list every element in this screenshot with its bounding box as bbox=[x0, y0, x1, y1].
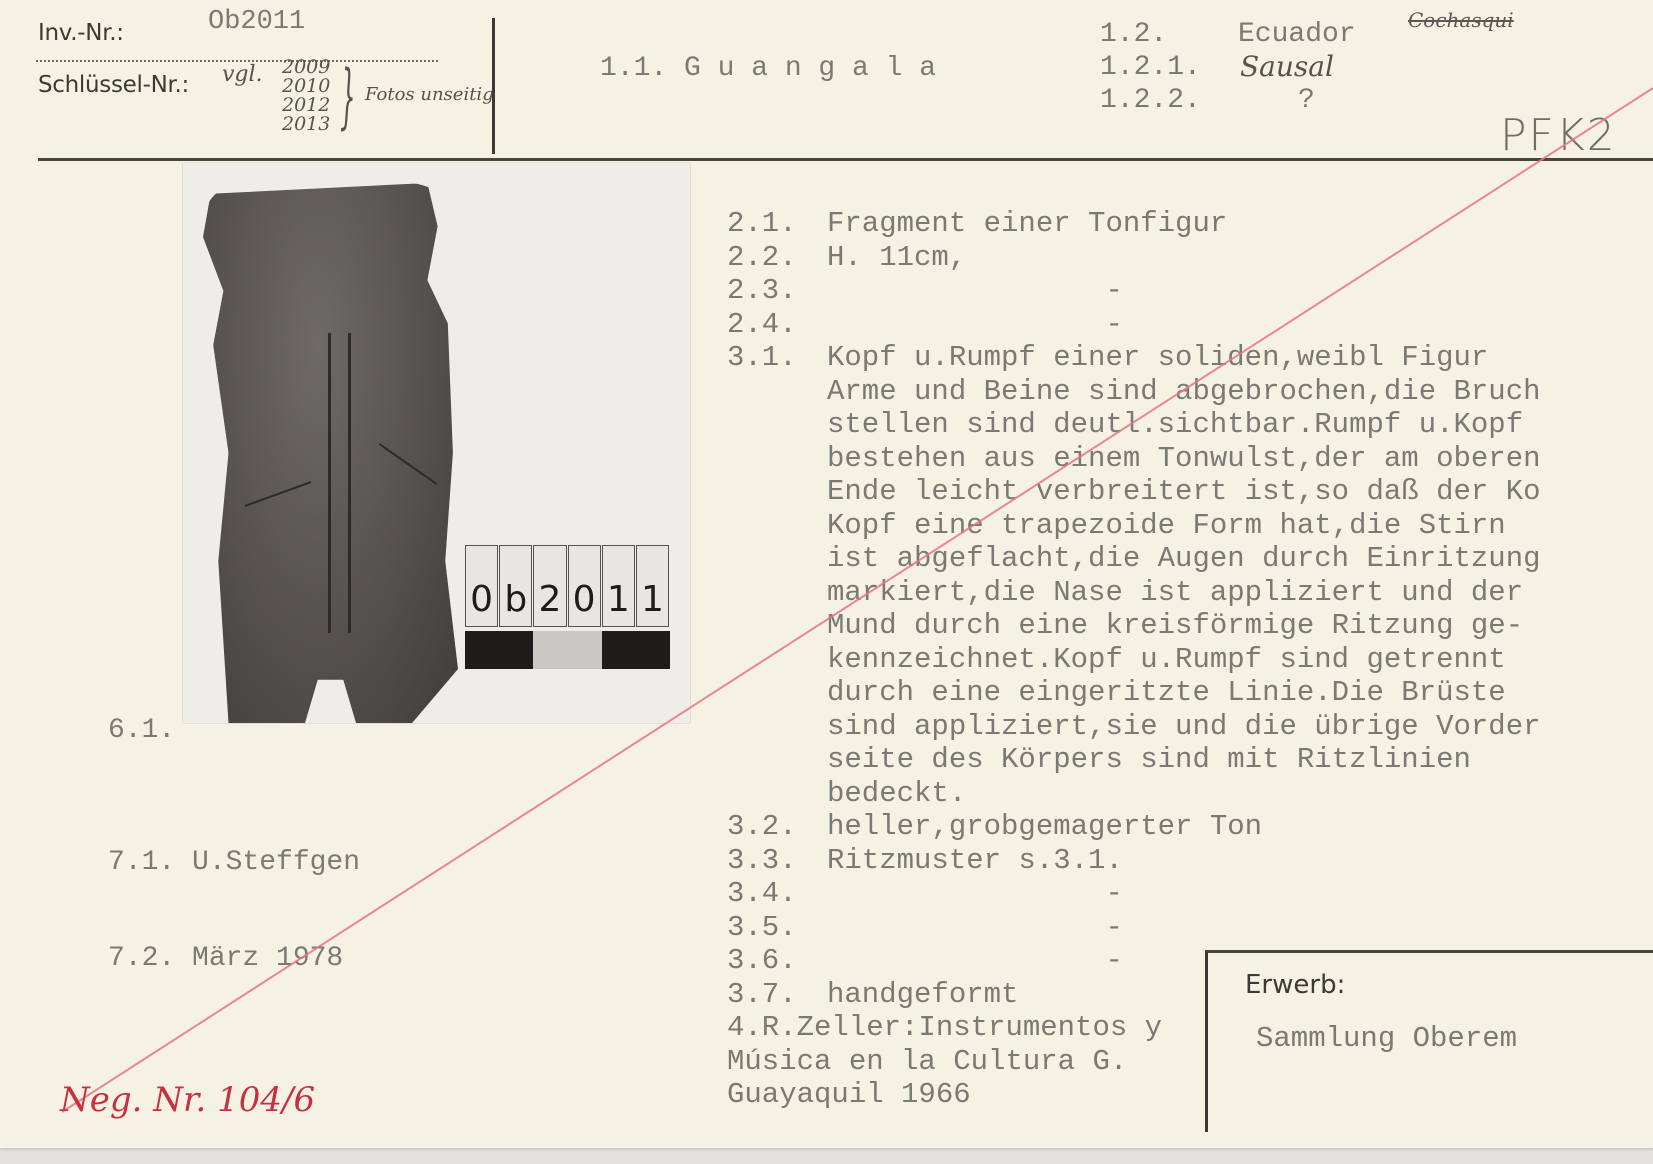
negative-number: Neg. Nr. 104/6 bbox=[60, 1080, 315, 1120]
desc-line: 3.2.heller,grobgemagerter Ton bbox=[727, 810, 1541, 844]
desc-line: bedeckt. bbox=[727, 777, 1541, 811]
inv-label: Inv.-Nr.: bbox=[38, 20, 124, 46]
desc-line: Mund durch eine kreisförmige Ritzung ge- bbox=[727, 609, 1541, 643]
locality-num: 1.2.2. bbox=[1100, 84, 1201, 118]
desc-line: Arme und Beine sind abgebrochen,die Bruc… bbox=[727, 375, 1541, 409]
country-value: Ecuador bbox=[1238, 18, 1356, 52]
desc-line: 2.3. - bbox=[727, 274, 1541, 308]
header-divider bbox=[492, 18, 495, 154]
desc-line: Kopf eine trapezoide Form hat,die Stirn bbox=[727, 509, 1541, 543]
desc-line: 3.3.Ritzmuster s.3.1. bbox=[727, 844, 1541, 878]
desc-line: markiert,die Nase ist appliziert und der bbox=[727, 576, 1541, 610]
culture-field: 1.1. G u a n g a l a bbox=[600, 52, 936, 86]
desc-line: 3.1.Kopf u.Rumpf einer soliden,weibl Fig… bbox=[727, 341, 1541, 375]
literature-line: Guayaquil 1966 bbox=[727, 1078, 1541, 1112]
desc-line: Ende leicht verbreitert ist,so daß der K… bbox=[727, 475, 1541, 509]
desc-line: sind appliziert,sie und die übrige Vorde… bbox=[727, 710, 1541, 744]
description-block: 2.1.Fragment einer Tonfigur 2.2.H. 11cm,… bbox=[727, 207, 1541, 1112]
locality-value: ? bbox=[1298, 84, 1315, 118]
desc-line: 2.4. - bbox=[727, 308, 1541, 342]
scale-bar bbox=[465, 631, 670, 669]
desc-line: kennzeichnet.Kopf u.Rumpf sind getrennt bbox=[727, 643, 1541, 677]
stamp-mark: PFK2 bbox=[1500, 110, 1617, 161]
recorder-name: 7.1. U.Steffgen bbox=[108, 847, 360, 879]
region-value: Sausal bbox=[1240, 50, 1334, 83]
key-note: Fotos unseitig bbox=[365, 84, 494, 105]
inv-value: Ob2011 bbox=[208, 6, 305, 40]
desc-line: 2.1.Fragment einer Tonfigur bbox=[727, 207, 1541, 241]
desc-line: 3.4. - bbox=[727, 877, 1541, 911]
label-digit: 0 bbox=[568, 545, 601, 627]
label-digit: 1 bbox=[602, 545, 635, 627]
label-digit: b bbox=[499, 545, 532, 627]
header-rule bbox=[38, 158, 1653, 161]
brace-icon: } bbox=[340, 56, 356, 136]
incision-line bbox=[348, 333, 351, 633]
object-photo: 0 b 2 0 1 1 bbox=[183, 163, 690, 723]
recorder-date: 7.2. März 1978 bbox=[108, 943, 360, 975]
acquisition-value: Sammlung Oberem bbox=[1256, 1022, 1517, 1056]
label-digit: 1 bbox=[636, 545, 669, 627]
desc-line: bestehen aus einem Tonwulst,der am obere… bbox=[727, 442, 1541, 476]
key-prefix: vgl. bbox=[222, 62, 263, 87]
country-num: 1.2. bbox=[1100, 18, 1167, 52]
acquisition-divider bbox=[1205, 952, 1208, 1132]
photo-caption-num: 6.1. bbox=[108, 714, 175, 748]
acquisition-rule bbox=[1205, 950, 1653, 953]
desc-line: 3.7.handgeformt bbox=[727, 978, 1541, 1012]
desc-line: durch eine eingeritzte Linie.Die Brüste bbox=[727, 676, 1541, 710]
desc-line: 2.2.H. 11cm, bbox=[727, 241, 1541, 275]
country-annotation: Cochasqui bbox=[1408, 8, 1514, 32]
region-num: 1.2.1. bbox=[1100, 51, 1201, 85]
label-digit: 2 bbox=[533, 545, 566, 627]
catalog-card: Inv.-Nr.: Ob2011 Schlüssel-Nr.: vgl. 200… bbox=[0, 0, 1653, 1148]
key-numbers: 2009 2010 2012 2013 bbox=[282, 58, 330, 134]
key-number: 2013 bbox=[282, 115, 330, 134]
desc-line: 3.5. - bbox=[727, 911, 1541, 945]
acquisition-label: Erwerb: bbox=[1245, 970, 1345, 1000]
desc-line: stellen sind deutl.sichtbar.Rumpf u.Kopf bbox=[727, 408, 1541, 442]
key-label: Schlüssel-Nr.: bbox=[38, 72, 189, 98]
incision-line bbox=[328, 333, 331, 633]
recorder-block: 7.1. U.Steffgen 7.2. März 1978 bbox=[108, 783, 360, 1039]
desc-line: ist abgeflacht,die Augen durch Einritzun… bbox=[727, 542, 1541, 576]
object-number-label: 0 b 2 0 1 1 bbox=[465, 545, 670, 715]
desc-line: seite des Körpers sind mit Ritzlinien bbox=[727, 743, 1541, 777]
label-digit: 0 bbox=[465, 545, 498, 627]
